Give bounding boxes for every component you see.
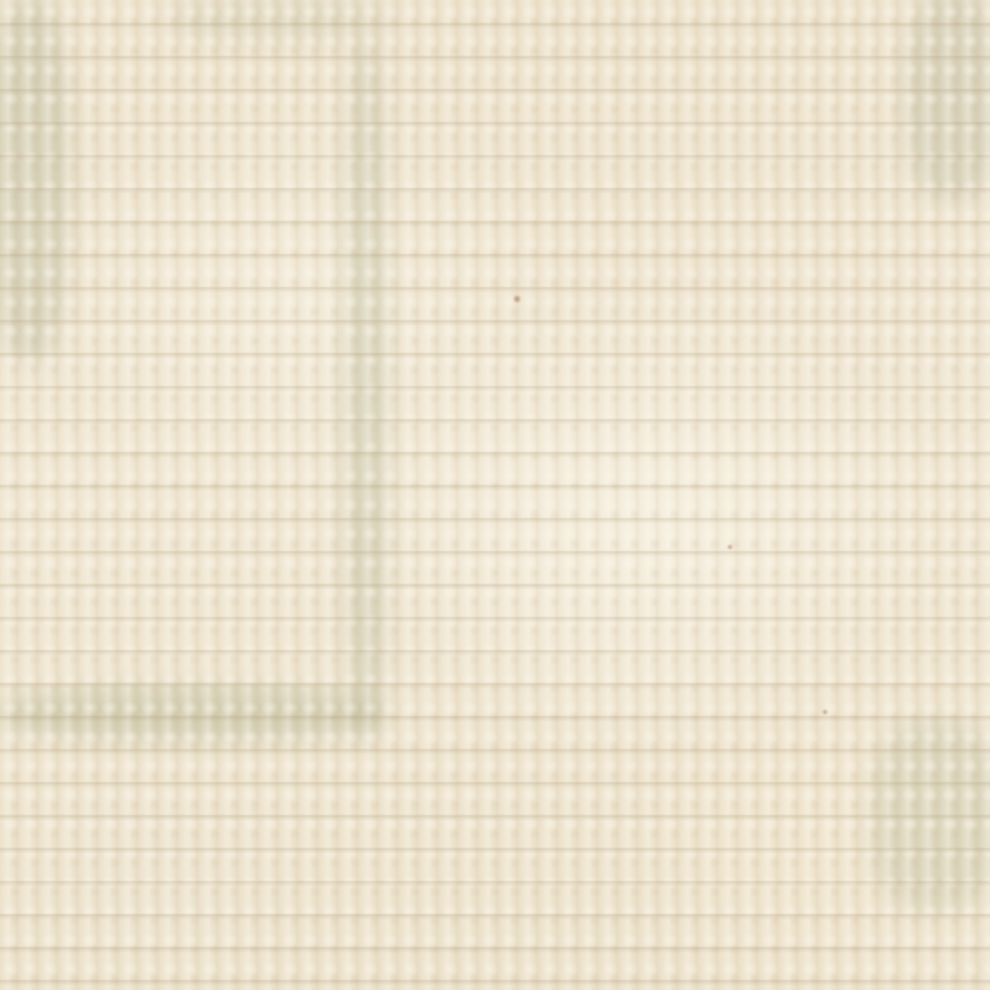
rust-speck bbox=[514, 296, 520, 302]
rust-speck bbox=[823, 710, 827, 714]
knot-shadows-layer bbox=[0, 0, 990, 990]
knot-row-seams-layer bbox=[0, 0, 990, 990]
sage-patch-top-center bbox=[170, 0, 390, 40]
knot-highlights-layer bbox=[0, 0, 990, 990]
sage-patch-top-right bbox=[905, 0, 990, 200]
rug-texture-photo bbox=[0, 0, 990, 990]
sage-patch-vertical-line bbox=[345, 40, 387, 740]
base-tone-layer bbox=[0, 0, 990, 990]
sage-patch-lower-right bbox=[870, 720, 990, 910]
tuft-columns-layer bbox=[0, 0, 990, 990]
rust-speck bbox=[728, 545, 732, 549]
sage-patch-left-edge bbox=[0, 0, 70, 360]
sage-patch-horizontal-band bbox=[0, 688, 385, 740]
